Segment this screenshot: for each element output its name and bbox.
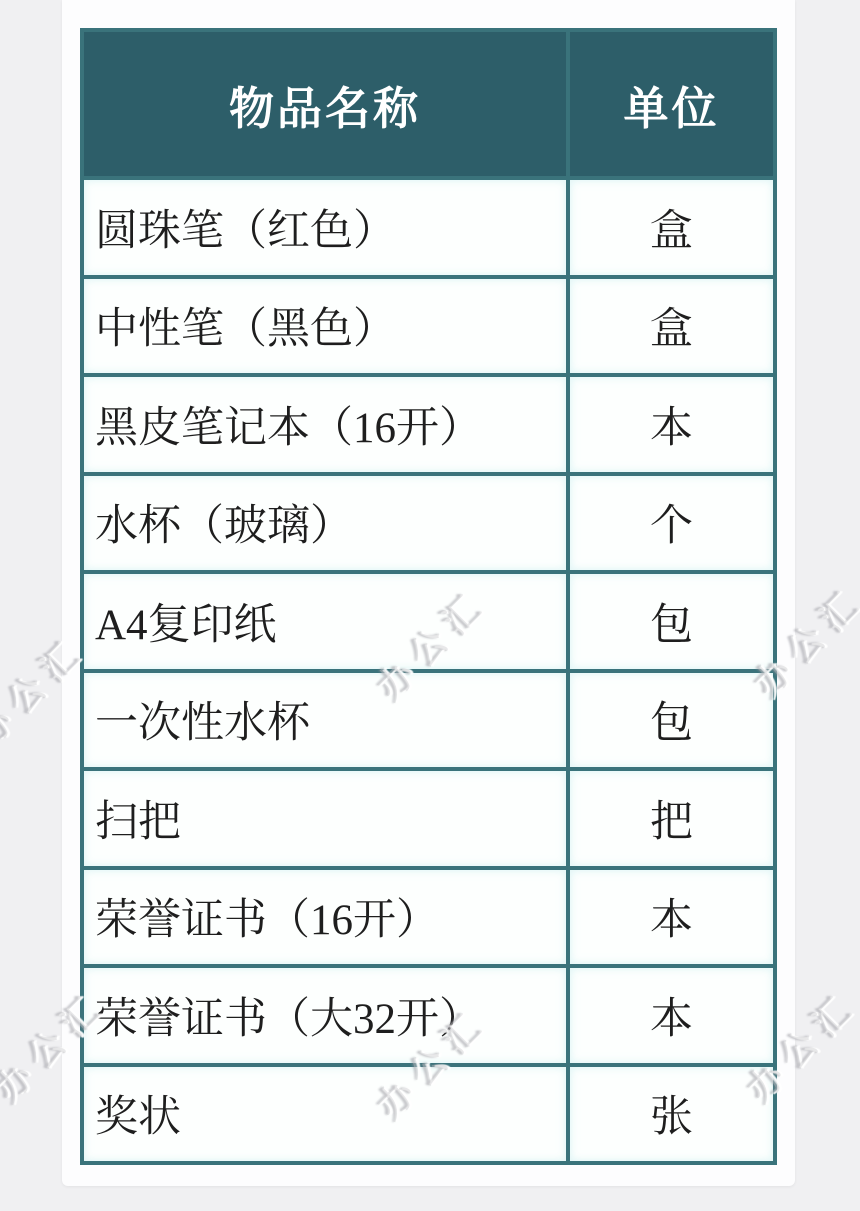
- unit-cell: 包: [568, 572, 775, 671]
- table-row: 中性笔（黑色） 盒: [82, 277, 775, 376]
- unit-cell: 本: [568, 966, 775, 1065]
- item-name-cell: 黑皮笔记本（16开）: [82, 375, 568, 474]
- item-name-cell: 中性笔（黑色）: [82, 277, 568, 376]
- table-row: 扫把 把: [82, 769, 775, 868]
- unit-cell: 盒: [568, 277, 775, 376]
- unit-cell: 个: [568, 474, 775, 573]
- item-name-cell: 荣誉证书（16开）: [82, 868, 568, 967]
- table-row: 一次性水杯 包: [82, 671, 775, 770]
- item-name-cell: 水杯（玻璃）: [82, 474, 568, 573]
- table-row: 水杯（玻璃） 个: [82, 474, 775, 573]
- table-row: A4复印纸 包: [82, 572, 775, 671]
- item-name-cell: 一次性水杯: [82, 671, 568, 770]
- item-name-cell: 扫把: [82, 769, 568, 868]
- column-header-unit: 单位: [568, 30, 775, 178]
- unit-cell: 张: [568, 1065, 775, 1164]
- unit-cell: 把: [568, 769, 775, 868]
- item-name-cell: 圆珠笔（红色）: [82, 178, 568, 277]
- table-row: 荣誉证书（大32开） 本: [82, 966, 775, 1065]
- unit-cell: 本: [568, 868, 775, 967]
- item-name-cell: A4复印纸: [82, 572, 568, 671]
- column-header-item-name: 物品名称: [82, 30, 568, 178]
- content-card: 物品名称 单位 圆珠笔（红色） 盒 中性笔（黑色） 盒 黑皮笔记本（16开） 本…: [62, 0, 795, 1186]
- unit-cell: 包: [568, 671, 775, 770]
- item-name-cell: 奖状: [82, 1065, 568, 1164]
- table-row: 圆珠笔（红色） 盒: [82, 178, 775, 277]
- table-header-row: 物品名称 单位: [82, 30, 775, 178]
- item-name-cell: 荣誉证书（大32开）: [82, 966, 568, 1065]
- supplies-table: 物品名称 单位 圆珠笔（红色） 盒 中性笔（黑色） 盒 黑皮笔记本（16开） 本…: [80, 28, 777, 1165]
- unit-cell: 盒: [568, 178, 775, 277]
- table-row: 荣誉证书（16开） 本: [82, 868, 775, 967]
- table-row: 奖状 张: [82, 1065, 775, 1164]
- unit-cell: 本: [568, 375, 775, 474]
- table-row: 黑皮笔记本（16开） 本: [82, 375, 775, 474]
